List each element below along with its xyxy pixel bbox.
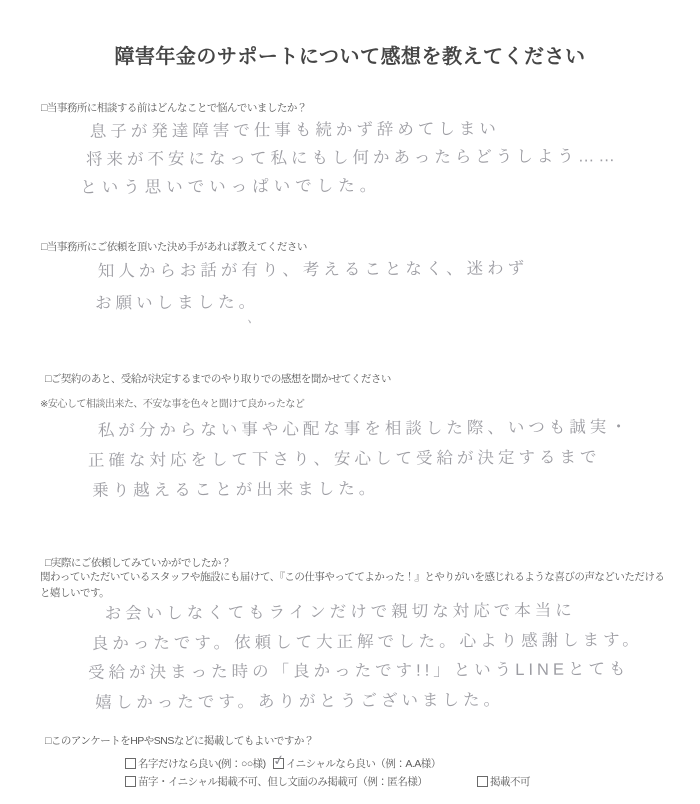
- option-initials-ok: ✓ イニシャルなら良い（例：A.A様）: [273, 756, 441, 771]
- survey-document: 障害年金のサポートについて感想を教えてください □当事務所に相談する前はどんなこ…: [0, 0, 700, 804]
- option-label: イニシャルなら良い（例：A.A様）: [286, 756, 441, 771]
- handwritten-line: お願いしました。: [95, 284, 528, 319]
- option-label: 苗字・イニシャル掲載不可、但し文面のみ掲載可（例：匿名様）: [138, 774, 427, 789]
- question-2-answer: 知人からお話が有り、考えることなく、迷わず お願いしました。: [98, 252, 529, 319]
- question-5-label: □このアンケートをHPやSNSなどに掲載してもよいですか？: [45, 733, 314, 748]
- handwritten-line: お会いしなくてもラインだけで親切な対応で本当に: [105, 596, 643, 629]
- checkbox-initials-ok: ✓: [273, 758, 284, 769]
- stray-pen-mark: 、: [246, 307, 262, 328]
- handwritten-line: 知人からお話が有り、考えることなく、迷わず: [98, 252, 528, 287]
- option-lastname-ok: ✓ 名字だけなら良い(例：○○様): [125, 756, 266, 771]
- option-no-publication: ✓ 掲載不可: [477, 774, 530, 789]
- handwritten-line: 息子が発達障害で仕事も続かず辞めてしまい: [90, 114, 619, 146]
- handwritten-line: 将来が不安になって私にもし何かあったらどうしよう……: [86, 142, 619, 174]
- checkbox-no-publication: ✓: [477, 776, 488, 787]
- survey-title: 障害年金のサポートについて感想を教えてください: [0, 40, 700, 69]
- checkbox-lastname-ok: ✓: [125, 758, 136, 769]
- scanned-survey-screenshot: { "survey": { "title": "障害年金のサポートについて感想を…: [0, 0, 700, 804]
- question-4-answer: お会いしなくてもラインだけで親切な対応で本当に 良かったです。依頼して大正解でし…: [105, 596, 644, 718]
- question-4-label: □実際にご依頼してみていかがでしたか？: [45, 555, 231, 570]
- question-2-label: □当事務所にご依頼を頂いた決め手があれば教えてください: [41, 239, 307, 254]
- option-text-only-ok: ✓ 苗字・イニシャル掲載不可、但し文面のみ掲載可（例：匿名様）: [125, 774, 427, 789]
- handwritten-check-icon: ✓: [272, 751, 286, 770]
- handwritten-line: 嬉しかったです。ありがとうございました。: [95, 685, 643, 718]
- handwritten-line: 受給が決まった時の「良かったです!!」というLINEとても: [88, 655, 643, 688]
- option-label: 名字だけなら良い(例：○○様): [138, 756, 266, 771]
- question-1-answer: 息子が発達障害で仕事も続かず辞めてしまい 将来が不安になって私にもし何かあったら…: [90, 114, 619, 202]
- question-3-answer: 私が分からない事や心配な事を相談した際、いつも誠実・ 正確な対応をして下さり、安…: [98, 412, 632, 506]
- handwritten-line: という思いでいっぱいでした。: [80, 170, 619, 202]
- question-3-hint: ※安心して相談出来た、不安な事を色々と聞けて良かったなど: [40, 395, 304, 410]
- question-1-label: □当事務所に相談する前はどんなことで悩んでいましたか？: [41, 100, 307, 115]
- option-label: 掲載不可: [490, 774, 530, 789]
- handwritten-line: 私が分からない事や心配な事を相談した際、いつも誠実・: [98, 412, 631, 446]
- handwritten-line: 良かったです。依頼して大正解でした。心より感謝します。: [92, 626, 643, 659]
- handwritten-line: 乗り越えることが出来ました。: [92, 472, 631, 506]
- question-3-label: □ご契約のあと、受給が決定するまでのやり取りでの感想を聞かせてください: [45, 371, 391, 386]
- handwritten-line: 正確な対応をして下さり、安心して受給が決定するまで: [88, 442, 631, 476]
- checkbox-text-only-ok: ✓: [125, 776, 136, 787]
